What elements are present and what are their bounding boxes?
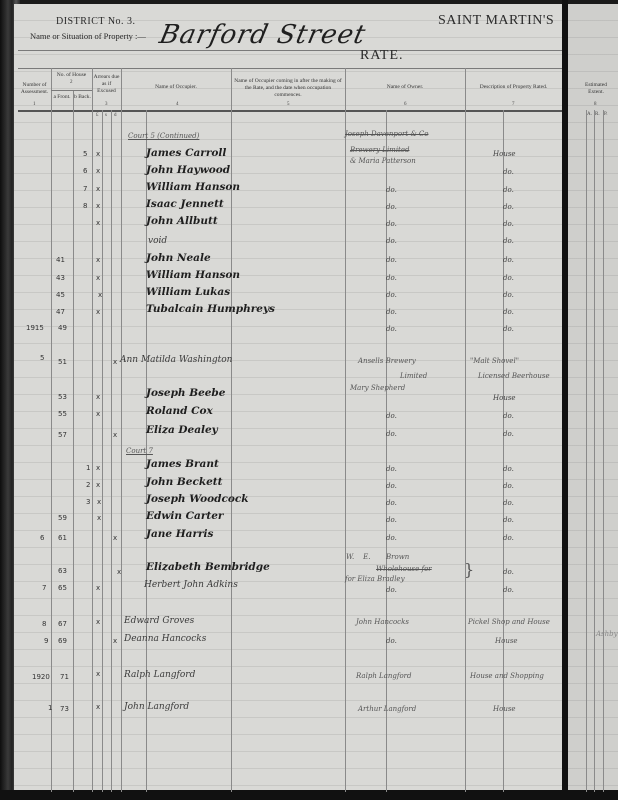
- tick-mark: x: [96, 393, 100, 401]
- occupier-name: Joseph Woodcock: [146, 493, 249, 505]
- column-divider: [102, 110, 103, 792]
- assessment-number: 1920: [32, 673, 50, 681]
- col-extent-header: Estimated Extent.: [578, 82, 614, 96]
- front-number: 65: [58, 584, 67, 592]
- owner-name: do.: [386, 516, 397, 524]
- margin-note: Ashby: [596, 630, 618, 638]
- occupier-name: Edwin Carter: [146, 510, 223, 522]
- header-rule: [18, 68, 562, 69]
- property-description: do.: [503, 308, 514, 316]
- tick-mark: x: [96, 670, 100, 678]
- front-number: 67: [58, 620, 67, 628]
- tick-mark: x: [97, 514, 101, 522]
- back-number: 1: [86, 464, 90, 472]
- front-number: 61: [58, 534, 67, 542]
- property-description: House: [495, 637, 518, 645]
- col-number: 7: [512, 102, 515, 107]
- assessment-number: 8: [42, 620, 46, 628]
- back-number: 2: [86, 481, 90, 489]
- front-number: 69: [58, 637, 67, 645]
- tick-mark: x: [113, 358, 117, 366]
- owner-name: do.: [386, 499, 397, 507]
- occupier-name: Deanna Hancocks: [124, 634, 206, 644]
- front-number: 59: [58, 514, 67, 522]
- assessment-number: 7: [42, 584, 46, 592]
- assessment-number: 1: [48, 704, 52, 712]
- occupier-name: Ralph Langford: [124, 670, 195, 680]
- section-heading-court-7: Court 7: [126, 447, 153, 455]
- occupier-name: void: [148, 236, 167, 246]
- tick-mark: x: [96, 481, 100, 489]
- situation-label: Name or Situation of Property :—: [30, 31, 146, 41]
- owner-name: do.: [386, 256, 397, 264]
- property-description: Pickel Shop and House: [468, 618, 550, 626]
- acres-subheader: A.: [587, 112, 592, 117]
- parish-name: SAINT MARTIN'S: [438, 13, 554, 29]
- column-divider: [465, 68, 466, 792]
- col-occupier-header: Name of Occupier.: [121, 84, 231, 91]
- property-description: do.: [503, 325, 514, 333]
- front-number: 55: [58, 410, 67, 418]
- occupier-name: Ann Matilda Washington: [120, 355, 232, 365]
- property-description-cont: Licensed Beerhouse: [478, 372, 550, 380]
- col-arrears-header: Arrears due as if Excused: [92, 74, 121, 95]
- tick-mark: x: [96, 584, 100, 592]
- owner-name: Ralph Langford: [356, 672, 412, 680]
- owner-name: do.: [386, 482, 397, 490]
- col-front-header: a Front.: [51, 94, 73, 101]
- owner-name: do.: [386, 308, 397, 316]
- owner-name: W. E. Brown: [346, 553, 409, 561]
- col-owner-header: Name of Owner.: [345, 84, 465, 91]
- property-description: do.: [503, 168, 514, 176]
- assessment-number: 1915: [26, 324, 44, 332]
- property-description: House and Shopping: [470, 672, 544, 680]
- back-number: 5: [83, 150, 87, 158]
- owner-name: & Maria Patterson: [350, 157, 416, 165]
- col-number: 4: [176, 102, 179, 107]
- owner-name: do.: [386, 203, 397, 211]
- owner-name-cont: for Eliza Bradley: [345, 575, 405, 583]
- column-divider: [503, 110, 504, 792]
- tick-mark: x: [96, 185, 100, 193]
- occupier-name: Edward Groves: [124, 616, 194, 626]
- property-description: House: [493, 705, 516, 713]
- col-back-header: b Back.: [73, 94, 92, 101]
- occupier-name: Roland Cox: [146, 405, 213, 417]
- occupier-name: John Haywood: [146, 164, 230, 176]
- tick-mark: x: [113, 637, 117, 645]
- front-number: 63: [58, 567, 67, 575]
- owner-name: do.: [386, 586, 397, 594]
- front-number: 45: [56, 291, 65, 299]
- owner-name: do.: [386, 291, 397, 299]
- occupier-name: William Hanson: [146, 269, 240, 281]
- property-description: do.: [503, 499, 514, 507]
- column-divider: [594, 110, 595, 792]
- column-divider: [603, 110, 604, 792]
- back-number: 7: [83, 185, 87, 193]
- col-assessment-header: Number of Assessment.: [18, 82, 51, 96]
- tick-mark: x: [97, 498, 101, 506]
- occupier-name: Elizabeth Bembridge: [146, 561, 270, 573]
- roods-subheader: R.: [595, 112, 600, 117]
- property-description: House: [493, 394, 516, 402]
- back-number: 6: [83, 167, 87, 175]
- occupier-name: James Carroll: [146, 147, 226, 159]
- property-description: do.: [503, 516, 514, 524]
- back-number: 3: [86, 498, 90, 506]
- tick-mark: x: [98, 291, 102, 299]
- occupier-name: Isaac Jennett: [146, 198, 224, 210]
- back-number: 8: [83, 202, 87, 210]
- column-divider: [111, 110, 112, 792]
- property-description: do.: [503, 186, 514, 194]
- district-number: DISTRICT No. 3.: [56, 16, 136, 27]
- brace-icon: }: [464, 560, 474, 579]
- section-heading-court-5: Court 5 (Continued): [128, 132, 199, 140]
- owner-name: Arthur Langford: [358, 705, 416, 713]
- tick-mark: x: [113, 534, 117, 542]
- front-number: 49: [58, 324, 67, 332]
- column-divider: [586, 110, 587, 792]
- pounds-subheader: £: [96, 113, 99, 118]
- occupier-name: Joseph Beebe: [146, 387, 225, 399]
- front-number: 51: [58, 358, 67, 366]
- occupier-name: James Brant: [146, 458, 219, 470]
- column-divider: [51, 68, 52, 792]
- owner-name: do.: [386, 430, 397, 438]
- facing-page-edge: [568, 4, 618, 792]
- front-number: 53: [58, 393, 67, 401]
- front-number: 47: [56, 308, 65, 316]
- property-description: do.: [503, 256, 514, 264]
- column-divider: [345, 68, 346, 792]
- property-description: do.: [503, 534, 514, 542]
- property-description: do.: [503, 586, 514, 594]
- tick-mark: x: [96, 410, 100, 418]
- owner-name: do.: [386, 534, 397, 542]
- property-description: do.: [503, 220, 514, 228]
- col-incoming-occupier-header: Name of Occupier coming in after the mak…: [233, 78, 343, 99]
- property-description: do.: [503, 568, 514, 576]
- col-number: 1: [33, 102, 36, 107]
- owner-name: do.: [386, 465, 397, 473]
- rate-title: RATE.: [360, 48, 404, 64]
- front-number: 57: [58, 431, 67, 439]
- occupier-name: Herbert John Adkins: [144, 580, 238, 590]
- property-description: do.: [503, 291, 514, 299]
- perches-subheader: P.: [604, 112, 607, 117]
- col-number: 2: [70, 80, 73, 85]
- occupier-name: John Langford: [124, 702, 189, 712]
- occupier-name: Eliza Dealey: [146, 424, 218, 436]
- assessment-number: 6: [40, 534, 44, 542]
- col-number: 5: [287, 102, 290, 107]
- tick-mark: x: [96, 618, 100, 626]
- shillings-subheader: s: [105, 113, 107, 118]
- col-description-header: Description of Property Rated.: [465, 84, 562, 91]
- owner-name: Mary Shepherd: [350, 384, 405, 392]
- col-number: 3: [105, 102, 108, 107]
- occupier-name: William Hanson: [146, 181, 240, 193]
- col-house-header: No. of House: [51, 72, 92, 79]
- occupier-name: Tubalcain Humphreys: [146, 303, 275, 315]
- pence-subheader: d: [114, 113, 117, 118]
- column-header-bottom-rule: [18, 110, 562, 112]
- owner-name: do.: [386, 637, 397, 645]
- front-number: 41: [56, 256, 65, 264]
- tick-mark: x: [96, 274, 100, 282]
- header-rule: [18, 50, 562, 51]
- column-divider: [92, 68, 93, 792]
- front-number: 43: [56, 274, 65, 282]
- owner-name: do.: [386, 220, 397, 228]
- property-description: do.: [503, 482, 514, 490]
- tick-mark: x: [117, 568, 121, 576]
- property-description: do.: [503, 412, 514, 420]
- owner-name-struck: Brewery Limited: [350, 146, 410, 154]
- owner-name-struck: Joseph Davenport & Co: [345, 130, 428, 138]
- tick-mark: x: [96, 150, 100, 158]
- owner-name-struck: Wholehouse for: [376, 565, 432, 573]
- column-divider: [73, 90, 74, 792]
- tick-mark: x: [96, 167, 100, 175]
- owner-name: Ansells Brewery: [358, 357, 416, 365]
- owner-name: do.: [386, 325, 397, 333]
- property-description: do.: [503, 430, 514, 438]
- column-divider: [121, 68, 122, 792]
- owner-name: do.: [386, 412, 397, 420]
- owner-name: do.: [386, 237, 397, 245]
- front-number: 71: [60, 673, 69, 681]
- property-description: "Malt Shovel": [470, 357, 519, 365]
- assessment-number: 9: [44, 637, 48, 645]
- col-number: 6: [404, 102, 407, 107]
- property-description: House: [493, 150, 516, 158]
- tick-mark: x: [96, 256, 100, 264]
- assessment-number: 5: [40, 354, 44, 362]
- owner-name: do.: [386, 274, 397, 282]
- street-name: Barford Street: [157, 20, 369, 50]
- column-divider: [231, 68, 232, 792]
- property-description: do.: [503, 203, 514, 211]
- owner-name: do.: [386, 186, 397, 194]
- tick-mark: x: [96, 464, 100, 472]
- column-divider: [386, 110, 387, 792]
- occupier-name: John Neale: [146, 252, 211, 264]
- occupier-name: John Beckett: [146, 476, 223, 488]
- owner-name: John Hancocks: [356, 618, 409, 626]
- col-number: 8: [594, 102, 597, 107]
- property-description: do.: [503, 465, 514, 473]
- occupier-name: Jane Harris: [146, 528, 213, 540]
- owner-name-cont: Limited: [400, 372, 427, 380]
- occupier-name: William Lukas: [146, 286, 230, 298]
- tick-mark: x: [96, 219, 100, 227]
- house-subheader-rule: [51, 90, 92, 91]
- front-number: 73: [60, 705, 69, 713]
- property-description: do.: [503, 237, 514, 245]
- property-description: do.: [503, 274, 514, 282]
- tick-mark: x: [96, 308, 100, 316]
- tick-mark: x: [113, 431, 117, 439]
- occupier-name: John Allbutt: [146, 215, 218, 227]
- tick-mark: x: [96, 202, 100, 210]
- tick-mark: x: [96, 703, 100, 711]
